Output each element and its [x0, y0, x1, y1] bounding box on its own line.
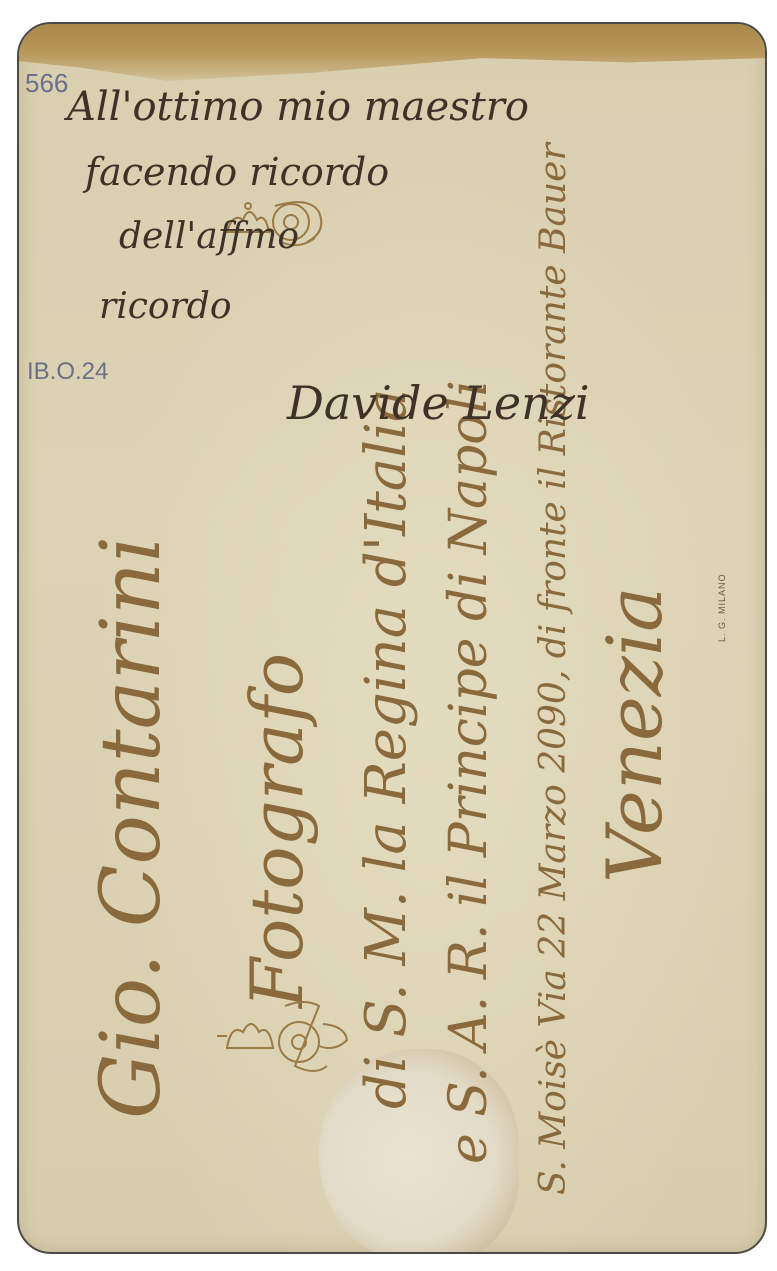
- water-stain-top: [19, 24, 765, 86]
- city-name: Venezia: [590, 587, 679, 883]
- inventory-code: IB.O.24: [27, 358, 108, 386]
- royal-warrant-queen: di S. M. la Regina d'Italia: [354, 389, 419, 1109]
- photo-card-back: 566 IB.O.24 Gio. Contarini Fotografo di …: [17, 22, 767, 1254]
- royal-warrant-prince: e S. A. R. il Principe di Napoli: [439, 380, 499, 1164]
- dedication-line-2: facendo ricordo: [85, 150, 389, 194]
- crown-monogram-icon: [215, 996, 355, 1086]
- photographer-name: Gio. Contarini: [84, 536, 179, 1119]
- signature: Davide Lenzi: [287, 376, 590, 430]
- dedication-line-3: dell'affmo: [119, 216, 299, 257]
- dedication-line-1: All'ottimo mio maestro: [67, 84, 529, 130]
- catalog-number: 566: [25, 68, 68, 99]
- studio-address: S. Moisè Via 22 Marzo 2090, di fronte il…: [533, 143, 574, 1195]
- printer-mark: L. G. MILANO: [717, 573, 727, 642]
- photographer-title: Fotografo: [235, 653, 319, 1008]
- dedication-line-4: ricordo: [99, 286, 232, 327]
